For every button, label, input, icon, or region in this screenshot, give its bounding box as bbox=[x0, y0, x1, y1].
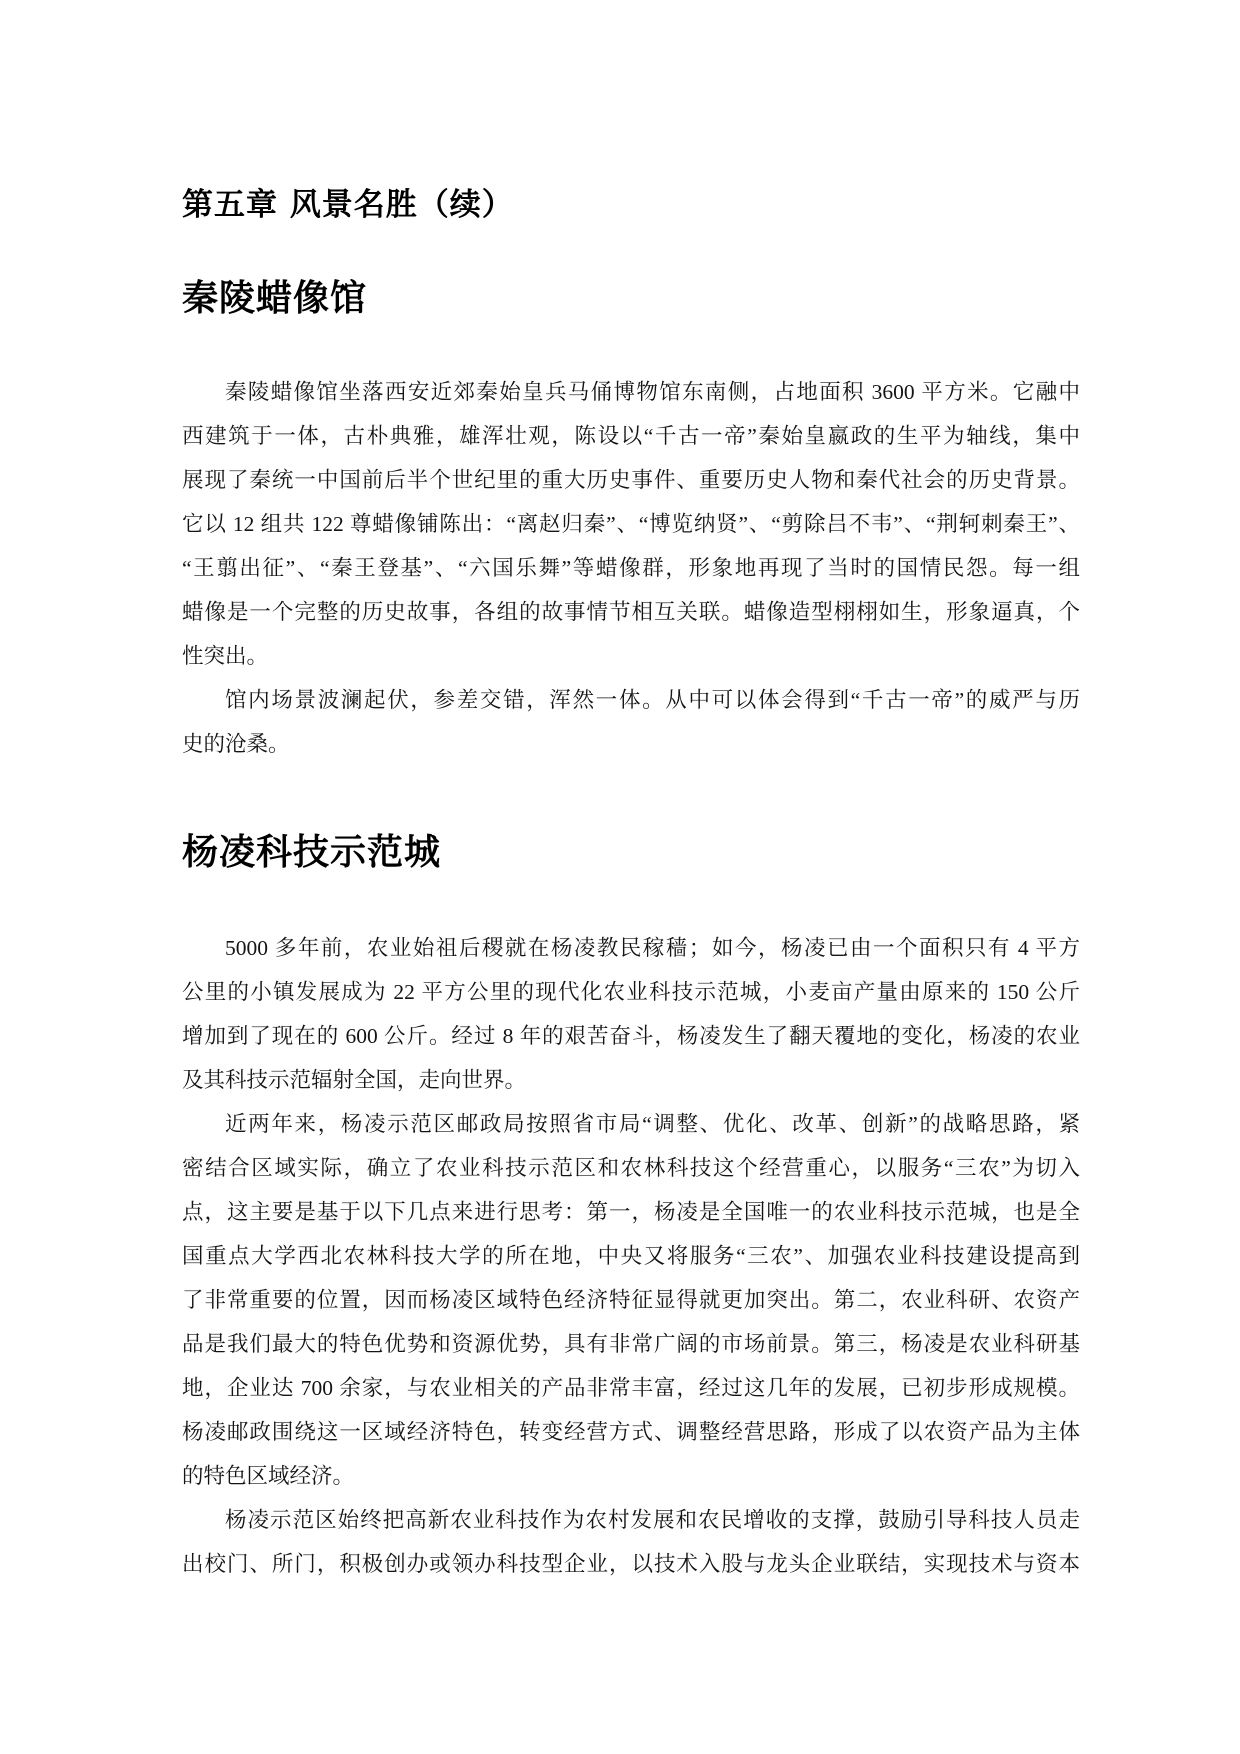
text-line: 性突出。 bbox=[182, 634, 1080, 678]
text-line: 蜡像是一个完整的历史故事，各组的故事情节相互关联。蜡像造型栩栩如生，形象逼真，个 bbox=[182, 590, 1080, 634]
text-line: “王翦出征”、“秦王登基”、“六国乐舞”等蜡像群，形象地再现了当时的国情民怨。每… bbox=[182, 546, 1080, 590]
paragraph: 杨凌示范区始终把高新农业科技作为农村发展和农民增收的支撑，鼓励引导科技人员走出校… bbox=[182, 1498, 1080, 1586]
paragraph: 秦陵蜡像馆坐落西安近郊秦始皇兵马俑博物馆东南侧，占地面积 3600 平方米。它融… bbox=[182, 370, 1080, 678]
section-qinling-wax-museum: 秦陵蜡像馆 秦陵蜡像馆坐落西安近郊秦始皇兵马俑博物馆东南侧，占地面积 3600 … bbox=[182, 276, 1080, 766]
section-heading: 秦陵蜡像馆 bbox=[182, 276, 1080, 320]
text-line: 5000 多年前，农业始祖后稷就在杨凌教民稼穑；如今，杨凌已由一个面积只有 4 … bbox=[182, 926, 1080, 970]
text-line: 出校门、所门，积极创办或领办科技型企业，以技术入股与龙头企业联结，实现技术与资本 bbox=[182, 1542, 1080, 1586]
text-line: 西建筑于一体，古朴典雅，雄浑壮观，陈设以“千古一帝”秦始皇嬴政的生平为轴线，集中 bbox=[182, 414, 1080, 458]
chapter-title: 第五章 风景名胜（续） bbox=[182, 186, 1080, 224]
section-body: 秦陵蜡像馆坐落西安近郊秦始皇兵马俑博物馆东南侧，占地面积 3600 平方米。它融… bbox=[182, 370, 1080, 766]
text-line: 品是我们最大的特色优势和资源优势，具有非常广阔的市场前景。第三，杨凌是农业科研基 bbox=[182, 1322, 1080, 1366]
text-line: 增加到了现在的 600 公斤。经过 8 年的艰苦奋斗，杨凌发生了翻天覆地的变化，… bbox=[182, 1014, 1080, 1058]
text-line: 地，企业达 700 余家，与农业相关的产品非常丰富，经过这几年的发展，已初步形成… bbox=[182, 1366, 1080, 1410]
text-line: 密结合区域实际，确立了农业科技示范区和农林科技这个经营重心，以服务“三农”为切入 bbox=[182, 1146, 1080, 1190]
text-line: 它以 12 组共 122 尊蜡像铺陈出：“离赵归秦”、“博览纳贤”、“剪除吕不韦… bbox=[182, 502, 1080, 546]
section-yangling-demo-city: 杨凌科技示范城 5000 多年前，农业始祖后稷就在杨凌教民稼穑；如今，杨凌已由一… bbox=[182, 830, 1080, 1586]
text-line: 展现了秦统一中国前后半个世纪里的重大历史事件、重要历史人物和秦代社会的历史背景。 bbox=[182, 458, 1080, 502]
text-line: 公里的小镇发展成为 22 平方公里的现代化农业科技示范城，小麦亩产量由原来的 1… bbox=[182, 970, 1080, 1014]
paragraph: 馆内场景波澜起伏，参差交错，浑然一体。从中可以体会得到“千古一帝”的威严与历史的… bbox=[182, 678, 1080, 766]
section-body: 5000 多年前，农业始祖后稷就在杨凌教民稼穑；如今，杨凌已由一个面积只有 4 … bbox=[182, 926, 1080, 1586]
text-line: 史的沧桑。 bbox=[182, 722, 1080, 766]
text-line: 杨凌邮政围绕这一区域经济特色，转变经营方式、调整经营思路，形成了以农资产品为主体 bbox=[182, 1410, 1080, 1454]
text-line: 杨凌示范区始终把高新农业科技作为农村发展和农民增收的支撑，鼓励引导科技人员走 bbox=[182, 1498, 1080, 1542]
section-heading: 杨凌科技示范城 bbox=[182, 830, 1080, 874]
paragraph: 5000 多年前，农业始祖后稷就在杨凌教民稼穑；如今，杨凌已由一个面积只有 4 … bbox=[182, 926, 1080, 1102]
text-line: 点，这主要是基于以下几点来进行思考：第一，杨凌是全国唯一的农业科技示范城，也是全 bbox=[182, 1190, 1080, 1234]
paragraph: 近两年来，杨凌示范区邮政局按照省市局“调整、优化、改革、创新”的战略思路，紧密结… bbox=[182, 1102, 1080, 1498]
text-line: 的特色区域经济。 bbox=[182, 1454, 1080, 1498]
text-line: 了非常重要的位置，因而杨凌区域特色经济特征显得就更加突出。第二，农业科研、农资产 bbox=[182, 1278, 1080, 1322]
text-line: 近两年来，杨凌示范区邮政局按照省市局“调整、优化、改革、创新”的战略思路，紧 bbox=[182, 1102, 1080, 1146]
text-line: 国重点大学西北农林科技大学的所在地，中央又将服务“三农”、加强农业科技建设提高到 bbox=[182, 1234, 1080, 1278]
text-line: 及其科技示范辐射全国，走向世界。 bbox=[182, 1058, 1080, 1102]
text-line: 馆内场景波澜起伏，参差交错，浑然一体。从中可以体会得到“千古一帝”的威严与历 bbox=[182, 678, 1080, 722]
page-content: 第五章 风景名胜（续） 秦陵蜡像馆 秦陵蜡像馆坐落西安近郊秦始皇兵马俑博物馆东南… bbox=[0, 0, 1240, 1586]
text-line: 秦陵蜡像馆坐落西安近郊秦始皇兵马俑博物馆东南侧，占地面积 3600 平方米。它融… bbox=[182, 370, 1080, 414]
document-page: 第五章 风景名胜（续） 秦陵蜡像馆 秦陵蜡像馆坐落西安近郊秦始皇兵马俑博物馆东南… bbox=[0, 0, 1240, 1754]
